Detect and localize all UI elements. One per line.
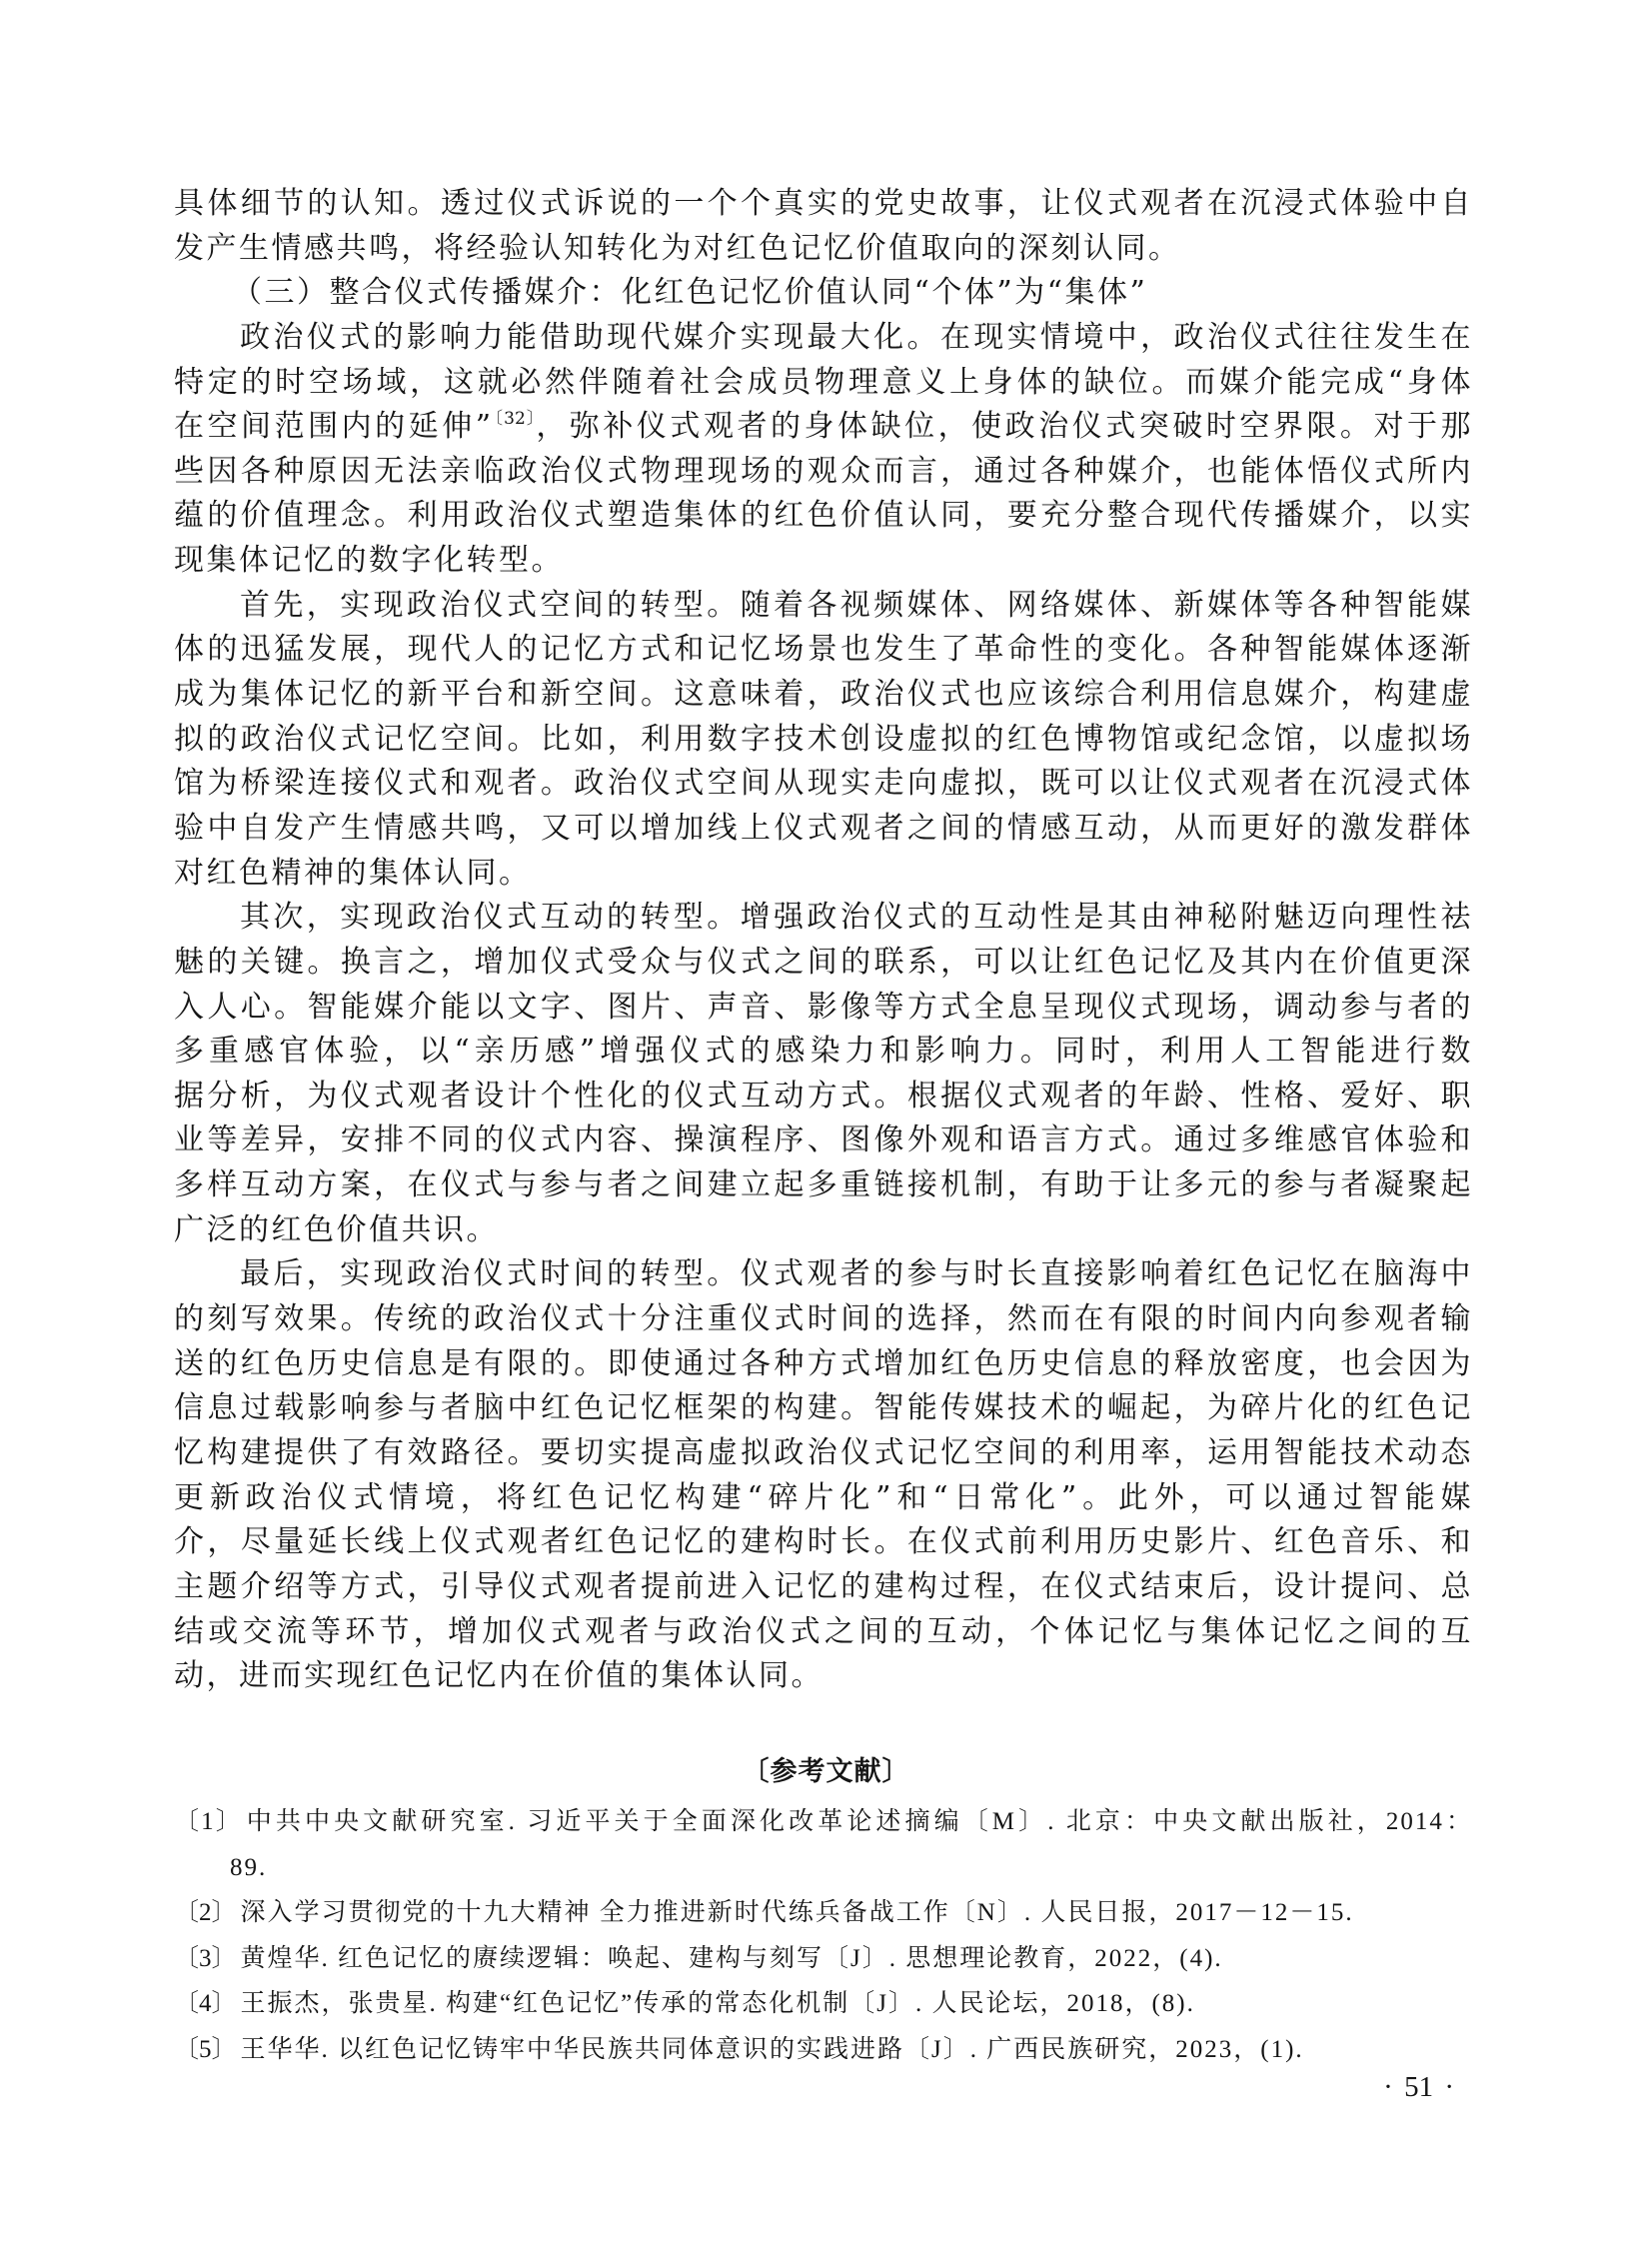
section-heading-text: （三）整合仪式传播媒介：化红色记忆价值认同“个体”为“集体”	[174, 271, 1473, 316]
text-segment: 在空间范围内的延伸”	[174, 409, 494, 444]
reference-item: 〔1〕中共中央文献研究室. 习近平关于全面深化改革论述摘编〔M〕. 北京：中央文…	[174, 1799, 1473, 1845]
text-line: 特定的时空场域，这就必然伴随着社会成员物理意义上身体的缺位。而媒介能完成“身体	[174, 361, 1473, 406]
page-number: · 51 ·	[1383, 2067, 1454, 2107]
reference-text: 中共中央文献研究室. 习近平关于全面深化改革论述摘编〔M〕. 北京：中央文献出版…	[247, 1808, 1473, 1835]
reference-item: 〔2〕深入学习贯彻党的十九大精神 全力推进新时代练兵备战工作〔N〕. 人民日报，…	[174, 1890, 1473, 1936]
text-line: 业等差异，安排不同的仪式内容、操演程序、图像外观和语言方式。通过多维感官体验和	[174, 1119, 1473, 1163]
text-line: 体的迅猛发展，现代人的记忆方式和记忆场景也发生了革命性的变化。各种智能媒体逐渐	[174, 628, 1473, 673]
text-line: 多样互动方案，在仪式与参与者之间建立起多重链接机制，有助于让多元的参与者凝聚起	[174, 1163, 1473, 1208]
section-heading: （三）整合仪式传播媒介：化红色记忆价值认同“个体”为“集体”	[174, 271, 1473, 316]
article-body: 具体细节的认知。透过仪式诉说的一个个真实的党史故事，让仪式观者在沉浸式体验中自 …	[174, 182, 1473, 1699]
text-line: 拟的政治仪式记忆空间。比如，利用数字技术创设虚拟的红色博物馆或纪念馆，以虚拟场	[174, 718, 1473, 763]
references-title: 〔参考文献〕	[0, 1750, 1652, 1794]
text-line: 更新政治仪式情境，将红色记忆构建“碎片化”和“日常化”。此外，可以通过智能媒	[174, 1476, 1473, 1521]
reference-number: 〔4〕	[174, 1990, 237, 2017]
text-line: 发产生情感共鸣，将经验认知转化为对红色记忆价值取向的深刻认同。	[174, 227, 1473, 272]
reference-number: 〔5〕	[174, 2036, 237, 2063]
text-line: 送的红色历史信息是有限的。即使通过各种方式增加红色历史信息的释放密度，也会因为	[174, 1342, 1473, 1387]
reference-text: 王振杰，张贵星. 构建“红色记忆”传承的常态化机制〔J〕. 人民论坛，2018，…	[241, 1990, 1195, 2017]
paragraph-first-space: 首先，实现政治仪式空间的转型。随着各视频媒体、网络媒体、新媒体等各种智能媒 体的…	[174, 584, 1473, 896]
text-line: 最后，实现政治仪式时间的转型。仪式观者的参与时长直接影响着红色记忆在脑海中	[174, 1252, 1473, 1297]
reference-text: 深入学习贯彻党的十九大精神 全力推进新时代练兵备战工作〔N〕. 人民日报，201…	[241, 1899, 1354, 1926]
reference-item-continuation: 89.	[174, 1845, 1473, 1891]
text-line: 结或交流等环节，增加仪式观者与政治仪式之间的互动，个体记忆与集体记忆之间的互	[174, 1610, 1473, 1655]
text-line: 多重感官体验，以“亲历感”增强仪式的感染力和影响力。同时，利用人工智能进行数	[174, 1030, 1473, 1075]
text-line: 成为集体记忆的新平台和新空间。这意味着，政治仪式也应该综合利用信息媒介，构建虚	[174, 673, 1473, 718]
text-line: 的刻写效果。传统的政治仪式十分注重仪式时间的选择，然而在有限的时间内向参观者输	[174, 1297, 1473, 1342]
references-list: 〔1〕中共中央文献研究室. 习近平关于全面深化改革论述摘编〔M〕. 北京：中央文…	[174, 1799, 1473, 2072]
citation-superscript: 〔32〕	[494, 409, 537, 429]
reference-number: 〔2〕	[174, 1899, 237, 1926]
text-line: 现集体记忆的数字化转型。	[174, 539, 1473, 584]
text-line: 其次，实现政治仪式互动的转型。增强政治仪式的互动性是其由神秘附魅迈向理性祛	[174, 896, 1473, 941]
text-line: 首先，实现政治仪式空间的转型。随着各视频媒体、网络媒体、新媒体等各种智能媒	[174, 584, 1473, 629]
text-line: 介，尽量延长线上仪式观者红色记忆的建构时长。在仪式前利用历史影片、红色音乐、和	[174, 1520, 1473, 1565]
text-line: 主题介绍等方式，引导仪式观者提前进入记忆的建构过程，在仪式结束后，设计提问、总	[174, 1565, 1473, 1610]
paragraph-continuation: 具体细节的认知。透过仪式诉说的一个个真实的党史故事，让仪式观者在沉浸式体验中自 …	[174, 182, 1473, 271]
reference-item: 〔3〕黄煌华. 红色记忆的赓续逻辑：唤起、建构与刻写〔J〕. 思想理论教育，20…	[174, 1936, 1473, 1982]
reference-number: 〔1〕	[174, 1808, 243, 1835]
reference-item: 〔5〕王华华. 以红色记忆铸牢中华民族共同体意识的实践进路〔J〕. 广西民族研究…	[174, 2027, 1473, 2073]
text-line: 验中自发产生情感共鸣，又可以增加线上仪式观者之间的情感互动，从而更好的激发群体	[174, 807, 1473, 852]
text-line: 政治仪式的影响力能借助现代媒介实现最大化。在现实情境中，政治仪式往往发生在	[174, 316, 1473, 361]
text-line: 些因各种原因无法亲临政治仪式物理现场的观众而言，通过各种媒介，也能体悟仪式所内	[174, 450, 1473, 495]
text-line: 入人心。智能媒介能以文字、图片、声音、影像等方式全息呈现仪式现场，调动参与者的	[174, 986, 1473, 1031]
text-line: 信息过载影响参与者脑中红色记忆框架的构建。智能传媒技术的崛起，为碎片化的红色记	[174, 1386, 1473, 1431]
paragraph-media-intro: 政治仪式的影响力能借助现代媒介实现最大化。在现实情境中，政治仪式往往发生在 特定…	[174, 316, 1473, 584]
paragraph-last-time: 最后，实现政治仪式时间的转型。仪式观者的参与时长直接影响着红色记忆在脑海中 的刻…	[174, 1252, 1473, 1698]
reference-item: 〔4〕王振杰，张贵星. 构建“红色记忆”传承的常态化机制〔J〕. 人民论坛，20…	[174, 1981, 1473, 2027]
text-line: 广泛的红色价值共识。	[174, 1208, 1473, 1253]
reference-text: 王华华. 以红色记忆铸牢中华民族共同体意识的实践进路〔J〕. 广西民族研究，20…	[241, 2036, 1304, 2063]
text-segment: ，弥补仪式观者的身体缺位，使政治仪式突破时空界限。对于那	[536, 409, 1473, 444]
text-line: 蕴的价值理念。利用政治仪式塑造集体的红色价值认同，要充分整合现代传播媒介，以实	[174, 494, 1473, 539]
text-line-with-citation: 在空间范围内的延伸”〔32〕，弥补仪式观者的身体缺位，使政治仪式突破时空界限。对…	[174, 405, 1473, 450]
journal-page: 具体细节的认知。透过仪式诉说的一个个真实的党史故事，让仪式观者在沉浸式体验中自 …	[0, 0, 1652, 2243]
paragraph-second-interaction: 其次，实现政治仪式互动的转型。增强政治仪式的互动性是其由神秘附魅迈向理性祛 魅的…	[174, 896, 1473, 1252]
text-line: 忆构建提供了有效路径。要切实提高虚拟政治仪式记忆空间的利用率，运用智能技术动态	[174, 1431, 1473, 1476]
reference-number: 〔3〕	[174, 1945, 237, 1972]
text-line: 对红色精神的集体认同。	[174, 852, 1473, 897]
reference-text: 黄煌华. 红色记忆的赓续逻辑：唤起、建构与刻写〔J〕. 思想理论教育，2022，…	[241, 1945, 1223, 1972]
text-line: 动，进而实现红色记忆内在价值的集体认同。	[174, 1654, 1473, 1699]
text-line: 魅的关键。换言之，增加仪式受众与仪式之间的联系，可以让红色记忆及其内在价值更深	[174, 941, 1473, 986]
text-line: 具体细节的认知。透过仪式诉说的一个个真实的党史故事，让仪式观者在沉浸式体验中自	[174, 182, 1473, 227]
text-line: 据分析，为仪式观者设计个性化的仪式互动方式。根据仪式观者的年龄、性格、爱好、职	[174, 1075, 1473, 1120]
text-line: 馆为桥梁连接仪式和观者。政治仪式空间从现实走向虚拟，既可以让仪式观者在沉浸式体	[174, 762, 1473, 807]
